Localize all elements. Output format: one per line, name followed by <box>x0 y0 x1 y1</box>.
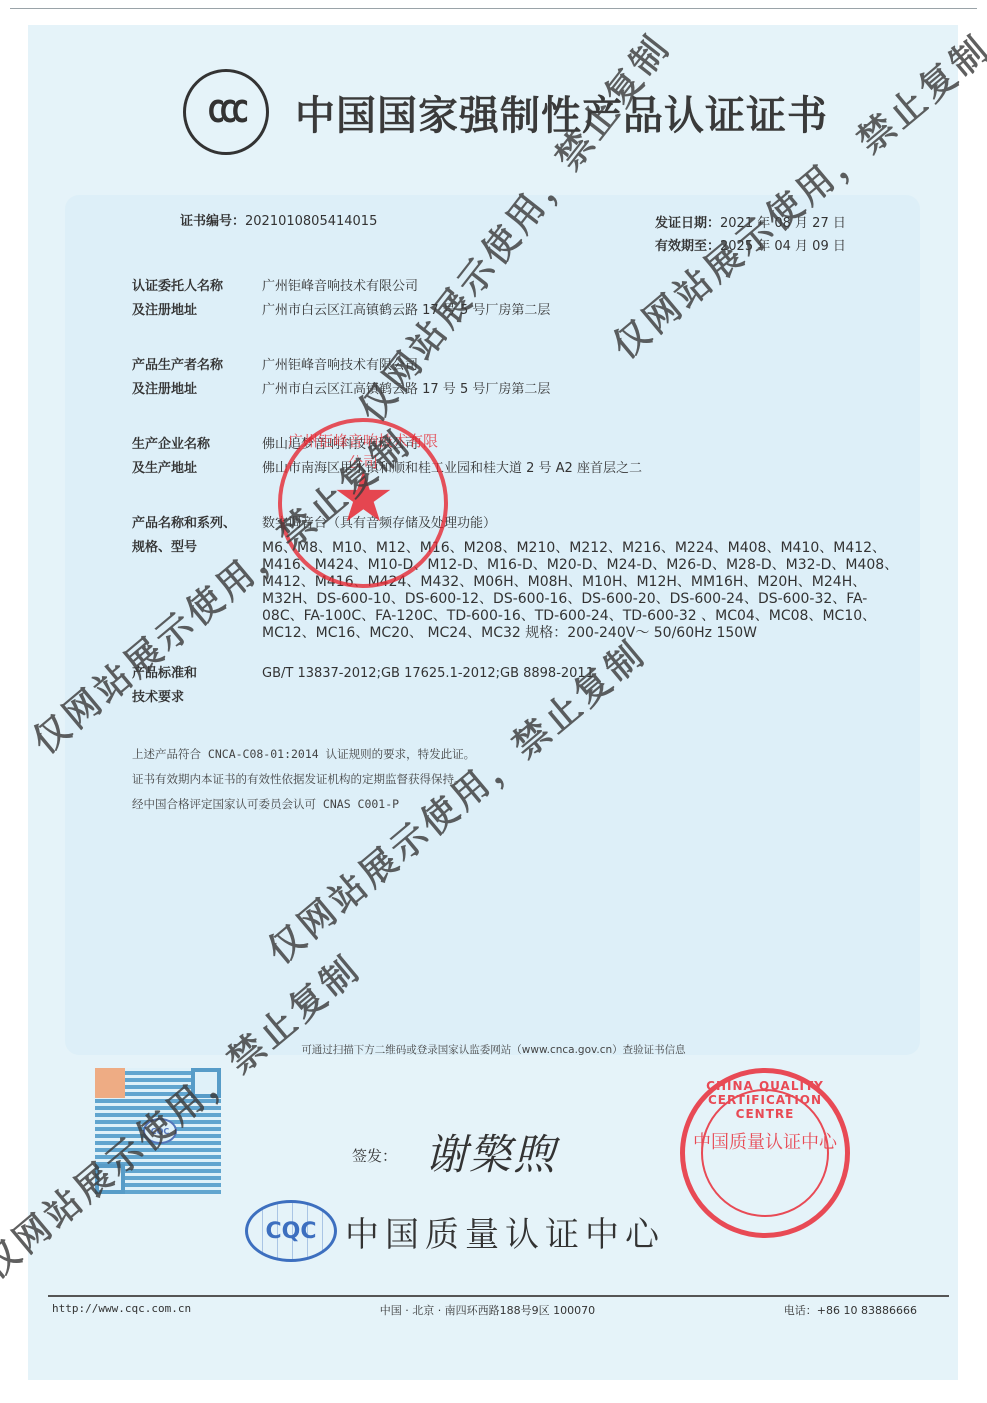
verification-hint: 可通过扫描下方二维码或登录国家认监委网站（www.cnca.gov.cn）查验证… <box>0 1042 987 1057</box>
standards-label-2: 技术要求 <box>132 686 262 710</box>
factory-name-label: 生产企业名称 <box>132 433 262 457</box>
footer-divider <box>48 1295 949 1297</box>
applicant-address: 广州市白云区江高镇鹤云路 17 号 5 号厂房第二层 <box>262 299 550 323</box>
footer-phone: 电话：+86 10 83886666 <box>784 1302 917 1318</box>
cert-number-value: 2021010805414015 <box>245 214 377 229</box>
applicant-address-label: 及注册地址 <box>132 299 262 323</box>
manufacturer-address-label: 及注册地址 <box>132 378 262 402</box>
issuer-block: CQC 中国质量认证中心 <box>245 1200 665 1262</box>
cert-number-label: 证书编号： <box>180 214 245 229</box>
footer: http://www.cqc.com.cn 中国 · 北京 · 南四环西路188… <box>52 1302 917 1318</box>
signature: 谢檠煦 <box>425 1122 557 1182</box>
applicant-name-label: 认证委托人名称 <box>132 275 262 299</box>
issuer-name: 中国质量认证中心 <box>345 1207 665 1256</box>
qr-corner-mark <box>95 1068 125 1098</box>
signature-label: 签发： <box>352 1145 397 1166</box>
ccc-logo-text: CCC <box>208 95 244 130</box>
note-line: 证书有效期内本证书的有效性依据发证机构的定期监督获得保持。 <box>132 767 475 792</box>
cert-number: 证书编号：2021010805414015 <box>180 210 377 229</box>
issue-date-label: 发证日期： <box>655 216 720 231</box>
footer-website-link[interactable]: http://www.cqc.com.cn <box>52 1302 191 1318</box>
note-line: 上述产品符合 CNCA-C08-01:2014 认证规则的要求，特发此证。 <box>132 742 475 767</box>
product-label-1: 产品名称和系列、 <box>132 512 262 536</box>
seal-chinese-text: 中国质量认证中心 <box>685 1128 845 1154</box>
cqc-official-seal: CHINA QUALITY CERTIFICATION CENTRE 中国质量认… <box>680 1068 850 1238</box>
standards-value: GB/T 13837-2012;GB 17625.1-2012;GB 8898-… <box>262 662 594 686</box>
standards-section: 产品标准和GB/T 13837-2012;GB 17625.1-2012;GB … <box>132 662 594 710</box>
cqc-globe-logo-icon: CQC <box>245 1200 337 1262</box>
manufacturer-section: 产品生产者名称广州钜峰音响技术有限公司 及注册地址广州市白云区江高镇鹤云路 17… <box>132 354 550 402</box>
manufacturer-name-label: 产品生产者名称 <box>132 354 262 378</box>
ccc-logo-icon: CCC <box>183 69 269 155</box>
top-rule <box>10 8 977 9</box>
certificate-header: CCC 中国国家强制性产品认证证书 <box>183 72 828 152</box>
footer-address: 中国 · 北京 · 南四环西路188号9区 100070 <box>380 1302 595 1318</box>
factory-address-label: 及生产地址 <box>132 457 262 481</box>
applicant-name: 广州钜峰音响技术有限公司 <box>262 275 418 299</box>
